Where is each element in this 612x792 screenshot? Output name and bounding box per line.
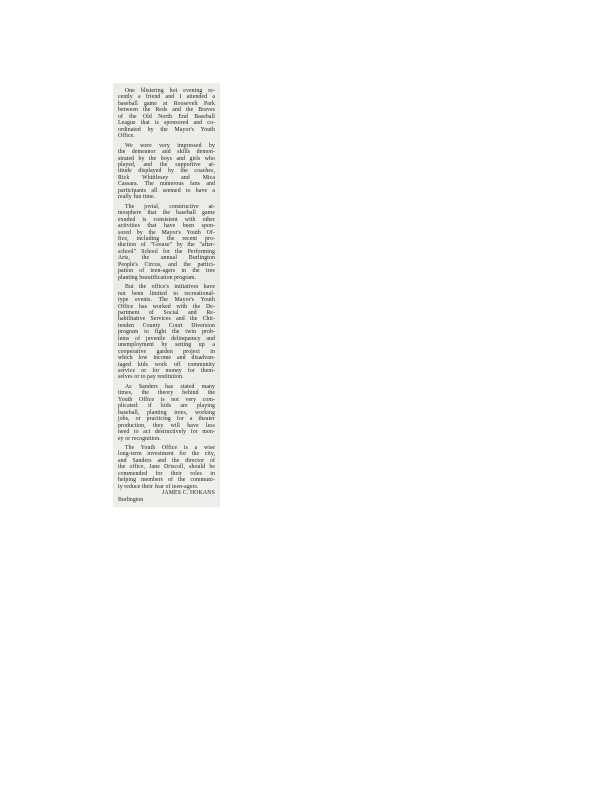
article-line: jobs, or practicing for a theater xyxy=(118,416,215,422)
article-line: pation of teen-agers in the tree xyxy=(118,268,215,274)
article-line: program to fight the twin prob- xyxy=(118,329,215,335)
article-line: duction of "Grease" by the "after- xyxy=(118,242,215,248)
article-line: really fun time. xyxy=(118,194,215,200)
paragraph: The jovial, constructive at-mosphere tha… xyxy=(118,204,215,281)
article-line: between the Reds and the Braves xyxy=(118,107,215,113)
article-line: Cassara. The numerous fans and xyxy=(118,181,215,187)
article-line: Office has worked with the De- xyxy=(118,304,215,310)
article-line: ey or recognition. xyxy=(118,436,215,442)
article-line: But the office's initiatives have xyxy=(118,284,215,290)
article-line: long-term investment for the city, xyxy=(118,451,215,457)
article-line: planting beautification program. xyxy=(118,275,215,281)
article-body: One blistering hot evening re-cently a f… xyxy=(118,88,215,490)
article-line: League that is sponsored and co- xyxy=(118,120,215,126)
article-line: times, the theory behind the xyxy=(118,390,215,396)
paragraph: The Youth Office is a wiselong-term inve… xyxy=(118,445,215,490)
article-line: cently a friend and I attended a xyxy=(118,94,215,100)
article-line: which low income and disadvan- xyxy=(118,355,215,361)
article-line: Office. xyxy=(118,133,215,139)
article-line: activities that have been spon- xyxy=(118,223,215,229)
article-line: Arts, the annual Burlington xyxy=(118,255,215,261)
paragraph: We were very impressed bythe demeanor an… xyxy=(118,143,215,201)
paragraph: One blistering hot evening re-cently a f… xyxy=(118,88,215,140)
article-line: the office, Jane Driscoll, should be xyxy=(118,464,215,470)
article-line: titude displayed by the coaches, xyxy=(118,168,215,174)
article-line: unemployment by setting up a xyxy=(118,342,215,348)
newspaper-clipping: One blistering hot evening re-cently a f… xyxy=(114,84,219,506)
letter-location: Burlington xyxy=(118,497,215,503)
article-line: type events. The Mayor's Youth xyxy=(118,297,215,303)
article-line: the demeanor and skills demon- xyxy=(118,149,215,155)
article-line: helping members of the communi- xyxy=(118,477,215,483)
article-line: mosphere that the baseball game xyxy=(118,210,215,216)
scanned-page: One blistering hot evening re-cently a f… xyxy=(0,0,612,792)
article-line: plicated: if kids are playing xyxy=(118,403,215,409)
article-line: need to act destructively for mon- xyxy=(118,429,215,435)
paragraph: But the office's initiatives havenot bee… xyxy=(118,284,215,381)
paragraph: As Sanders has stated manytimes, the the… xyxy=(118,384,215,442)
article-line: habilitative Services and the Chit- xyxy=(118,316,215,322)
article-line: selves or to pay restitution. xyxy=(118,374,215,380)
